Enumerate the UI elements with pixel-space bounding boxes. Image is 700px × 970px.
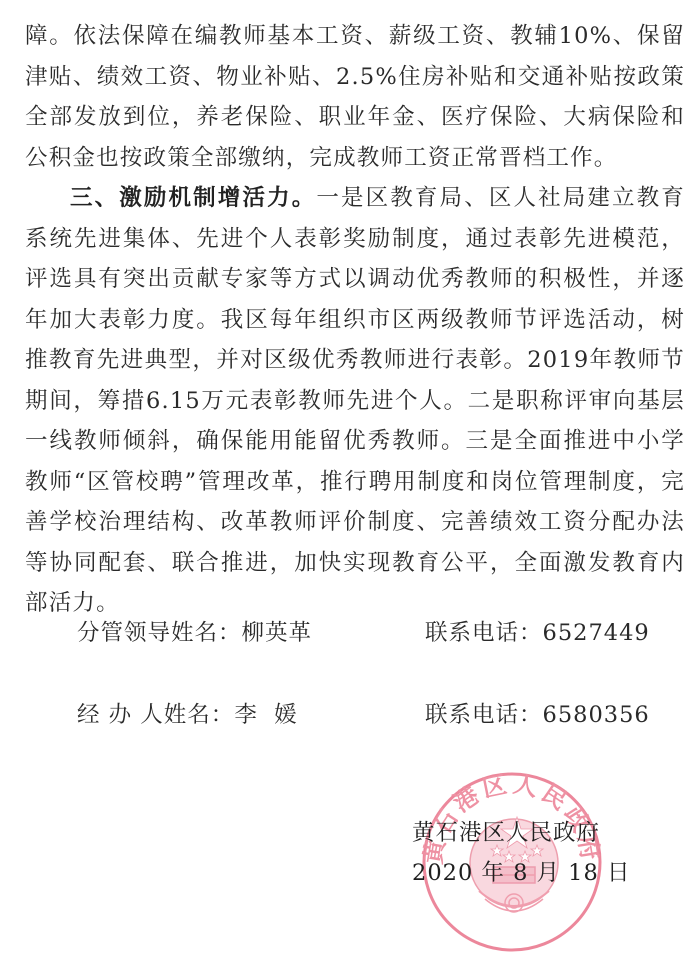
leader-phone: 6527449 [543,620,650,646]
signature-organization: 黄石港区人民政府 [412,818,592,848]
handler-name-label: 经 办 人姓名： [77,702,234,728]
section-heading: 三、激励机制增活力。 [70,185,316,211]
document-page: 障。依法保障在编教师基本工资、薪级工资、教辅10%、保留津贴、绩效工资、物业补贴… [0,0,700,970]
leader-name: 柳英革 [242,620,313,646]
signature-date: 2020 年 8 月 18 日 [412,858,592,888]
contact-row-leader: 分管领导姓名：柳英革 联系电话：6527449 [77,618,637,648]
handler-phone: 6580356 [543,702,650,728]
contact-row-handler: 经 办 人姓名：李 媛 联系电话：6580356 [77,700,637,730]
leader-phone-field: 联系电话：6527449 [425,618,650,648]
leader-name-label: 分管领导姓名： [77,620,242,646]
handler-name: 李 媛 [234,702,297,728]
handler-phone-label: 联系电话： [425,702,543,728]
paragraph-incentive-mechanism: 三、激励机制增活力。一是区教育局、区人社局建立教育系统先进集体、先进个人表彰奖励… [25,178,685,624]
leader-phone-label: 联系电话： [425,620,543,646]
leader-name-field: 分管领导姓名：柳英革 [77,618,312,648]
document-body: 障。依法保障在编教师基本工资、薪级工资、教辅10%、保留津贴、绩效工资、物业补贴… [25,16,685,624]
handler-phone-field: 联系电话：6580356 [425,700,650,730]
section-body: 一是区教育局、区人社局建立教育系统先进集体、先进个人表彰奖励制度，通过表彰先进模… [25,185,685,616]
paragraph-salary-guarantee: 障。依法保障在编教师基本工资、薪级工资、教辅10%、保留津贴、绩效工资、物业补贴… [25,16,685,178]
handler-name-field: 经 办 人姓名：李 媛 [77,700,298,730]
